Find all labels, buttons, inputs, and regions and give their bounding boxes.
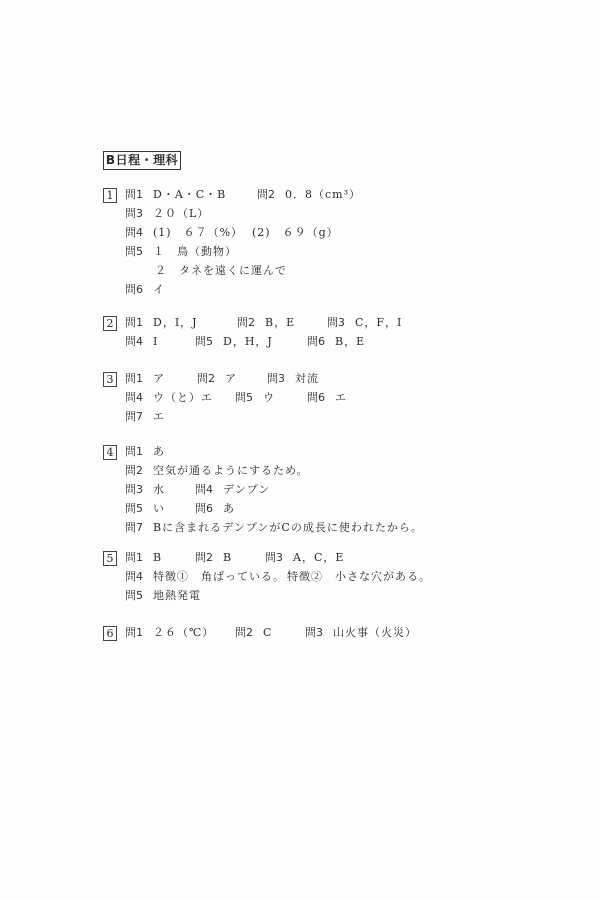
section-number-5: 5 bbox=[103, 551, 117, 566]
page-title: B日程・理科 bbox=[103, 151, 181, 170]
answer-3-5: 問5ウ bbox=[235, 391, 275, 405]
answer-3-6: 問6エ bbox=[307, 391, 347, 405]
section-number-6: 6 bbox=[103, 626, 117, 641]
answer-3-2: 問2ア bbox=[197, 372, 237, 386]
answer-6-3: 問3山火事（火災） bbox=[305, 626, 417, 640]
answer-2-4: 問4I bbox=[125, 335, 158, 349]
answer-2-3: 問3C，F，I bbox=[327, 316, 402, 330]
answer-5-2: 問2B bbox=[195, 551, 232, 565]
answer-1-4-1: 問4(1) ６７（%） bbox=[125, 226, 243, 240]
answer-4-2: 問2空気が通るようにするため。 bbox=[125, 464, 309, 478]
answer-2-1: 問1D，I，J bbox=[125, 316, 198, 330]
answer-4-4: 問4デンプン bbox=[195, 483, 270, 497]
answer-5-4-2: 特徴② 小さな穴がある。 bbox=[287, 570, 431, 584]
answer-5-1: 問1B bbox=[125, 551, 162, 565]
answer-3-4: 問4ウ（と）エ bbox=[125, 391, 213, 405]
answer-4-1: 問1あ bbox=[125, 445, 165, 459]
answer-5-5: 問5地熱発電 bbox=[125, 589, 201, 603]
section-number-4: 4 bbox=[103, 445, 117, 460]
answer-3-7: 問7エ bbox=[125, 410, 165, 424]
answer-1-1: 問1D・A・C・B bbox=[125, 188, 226, 202]
answer-4-5: 問5い bbox=[125, 502, 165, 516]
section-number-3: 3 bbox=[103, 372, 117, 387]
answer-sheet-page: B日程・理科 1 問1D・A・C・B 問20．8（cm³） 問3２０（L） 問4… bbox=[0, 0, 600, 900]
answer-4-6: 問6あ bbox=[195, 502, 235, 516]
answer-2-5: 問5D，H，J bbox=[195, 335, 273, 349]
answer-1-6: 問6イ bbox=[125, 283, 165, 297]
answer-1-5-2: ２ タネを遠くに運んで bbox=[155, 264, 287, 278]
answer-2-2: 問2B，E bbox=[237, 316, 295, 330]
answer-2-6: 問6B，E bbox=[307, 335, 365, 349]
section-number-2: 2 bbox=[103, 316, 117, 331]
answer-1-2: 問20．8（cm³） bbox=[257, 188, 361, 202]
answer-5-3: 問3A，C，E bbox=[265, 551, 344, 565]
answer-3-1: 問1ア bbox=[125, 372, 165, 386]
answer-6-2: 問2C bbox=[235, 626, 272, 640]
answer-6-1: 問1２６（℃） bbox=[125, 626, 214, 640]
answer-1-4-2: (2) ６９（g） bbox=[252, 226, 339, 240]
answer-1-3: 問3２０（L） bbox=[125, 207, 209, 221]
answer-1-5-1: 問5１ 鳥（動物） bbox=[125, 245, 237, 259]
answer-3-3: 問3対流 bbox=[267, 372, 319, 386]
section-number-1: 1 bbox=[103, 188, 117, 203]
answer-4-7: 問7Bに含まれるデンプンがCの成長に使われたから。 bbox=[125, 521, 423, 535]
answer-5-4-1: 問4特徴① 角ばっている。 bbox=[125, 570, 285, 584]
answer-4-3: 問3水 bbox=[125, 483, 165, 497]
